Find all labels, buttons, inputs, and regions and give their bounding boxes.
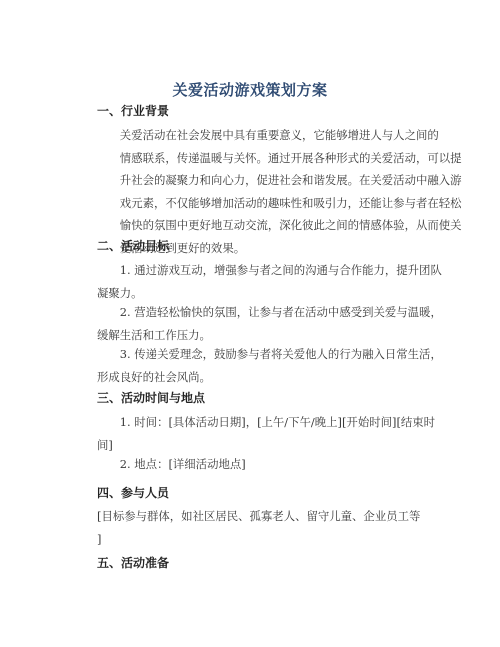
text-line: 戏元素，不仅能够增加活动的趣味性和吸引力，还能让参与者在轻松: [97, 192, 429, 215]
paragraph-time: 1. 时间：[具体活动日期]，[上午/下午/晚上][开始时间][结束时 间]: [97, 411, 429, 456]
section-heading-participants: 四、参与人员: [97, 484, 169, 501]
text-line: 2. 地点：[详细活动地点]: [97, 453, 429, 476]
section-heading-time-location: 三、活动时间与地点: [97, 389, 205, 406]
text-line: 3. 传递关爱理念，鼓励参与者将关爱他人的行为融入日常生活，: [97, 343, 429, 366]
paragraph-location: 2. 地点：[详细活动地点]: [97, 453, 429, 476]
text-line: 2. 营造轻松愉快的氛围，让参与者在活动中感受到关爱与温暖，: [97, 301, 429, 324]
document-page: 关爱活动游戏策划方案 一、行业背景 关爱活动在社会发展中具有重要意义，它能够增进…: [0, 0, 500, 647]
text-line: 升社会的凝聚力和向心力，促进社会和谐发展。在关爱活动中融入游: [97, 169, 429, 192]
text-line: 情感联系，传递温暖与关怀。通过开展各种形式的关爱活动，可以提: [97, 147, 429, 170]
document-title: 关爱活动游戏策划方案: [0, 79, 500, 100]
section-heading-background: 一、行业背景: [97, 102, 169, 119]
paragraph-participants: [目标参与群体，如社区居民、孤寡老人、留守儿童、企业员工等 ]: [97, 505, 429, 550]
paragraph-goal-1: 1. 通过游戏互动，增强参与者之间的沟通与合作能力，提升团队 凝聚力。: [97, 259, 429, 304]
text-line: [目标参与群体，如社区居民、孤寡老人、留守儿童、企业员工等: [97, 505, 429, 528]
text-line: 1. 时间：[具体活动日期]，[上午/下午/晚上][开始时间][结束时: [97, 411, 429, 434]
text-line: 关爱活动在社会发展中具有重要意义，它能够增进人与人之间的: [97, 124, 429, 147]
text-line: 形成良好的社会风尚。: [97, 366, 429, 389]
text-line: 愉快的氛围中更好地互动交流，深化彼此之间的情感体验，从而使关: [97, 214, 429, 237]
text-line: ]: [97, 528, 429, 551]
section-heading-goals: 二、活动目标: [97, 237, 169, 254]
paragraph-goal-2: 2. 营造轻松愉快的氛围，让参与者在活动中感受到关爱与温暖， 缓解生活和工作压力…: [97, 301, 429, 346]
section-heading-preparation: 五、活动准备: [97, 554, 169, 571]
text-line: 1. 通过游戏互动，增强参与者之间的沟通与合作能力，提升团队: [97, 259, 429, 282]
paragraph-goal-3: 3. 传递关爱理念，鼓励参与者将关爱他人的行为融入日常生活， 形成良好的社会风尚…: [97, 343, 429, 388]
